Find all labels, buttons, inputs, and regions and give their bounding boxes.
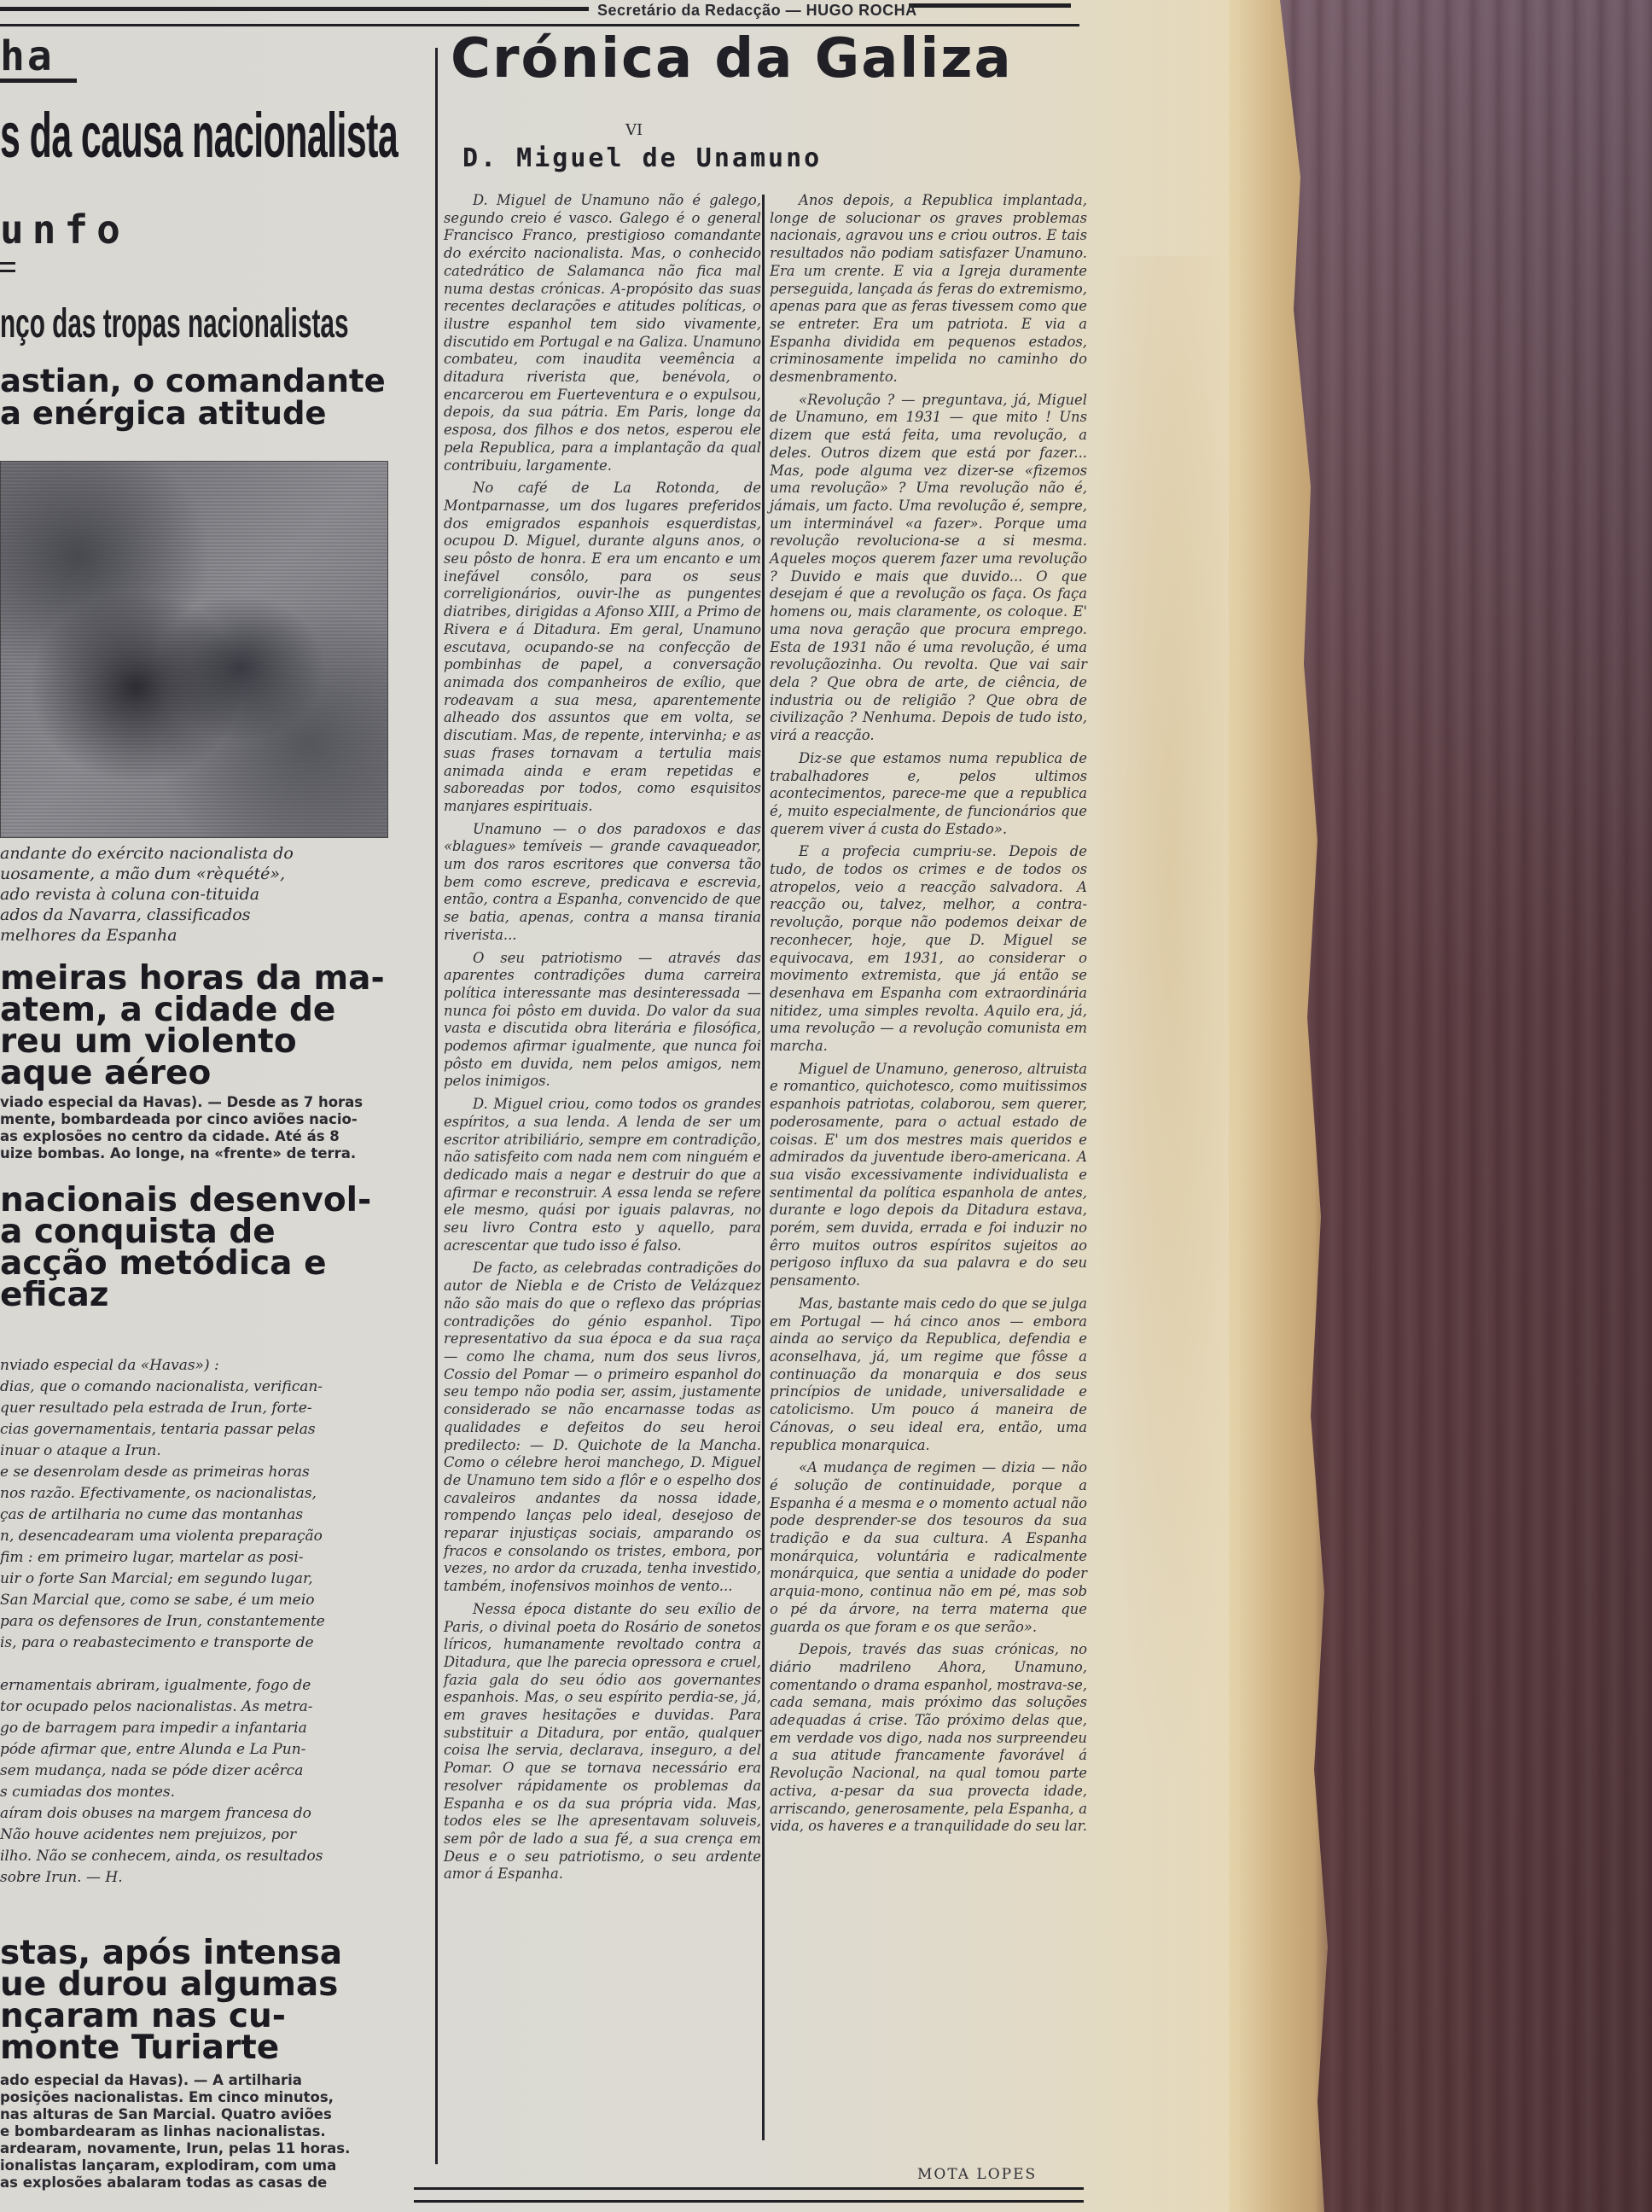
news-photo-commander — [0, 461, 388, 838]
masthead-rule-right — [909, 3, 1071, 8]
article-paragraph: O seu patriotismo — através das aparente… — [444, 950, 761, 1091]
masthead-rule-left — [0, 7, 589, 11]
story-line: fim : em primeiro lugar, martelar as pos… — [0, 1547, 325, 1569]
article-part-number: VI — [625, 121, 643, 139]
story-line: ilho. Não se conhecem, ainda, os resulta… — [0, 1846, 325, 1867]
section-kicker: ha — [0, 32, 55, 80]
story-line: nas alturas de San Marcial. Quatro aviõe… — [0, 2106, 350, 2123]
article-paragraph: «A mudança de regimen — dizia — não é so… — [770, 1459, 1087, 1636]
article-paragraph: «Revolução ? — preguntava, já, Miguel de… — [770, 392, 1087, 745]
article-paragraph: D. Miguel criou, como todos os grandes e… — [444, 1096, 761, 1254]
story-line: posições nacionalistas. Em cinco minutos… — [0, 2089, 350, 2106]
story-monte-turiarte-lead: ado especial da Havas). — A artilharia p… — [0, 2072, 350, 2192]
story-line: ado especial da Havas). — A artilharia — [0, 2072, 350, 2089]
article-paragraph: No café de La Rotonda, de Montparnasse, … — [444, 480, 761, 815]
bottom-rule-2 — [414, 2200, 1084, 2203]
story-line: ardearam, novamente, Irun, pelas 11 hora… — [0, 2140, 350, 2157]
story-line: San Marcial que, como se sabe, é um meio — [0, 1590, 325, 1611]
article-paragraph: Anos depois, a Republica implantada, lon… — [770, 192, 1087, 387]
story-line: quer resultado pela estrada de Irun, for… — [0, 1398, 325, 1419]
article-title: Crónica da Galiza — [451, 27, 1013, 90]
story-line: ças de artilharia no cume das montanhas — [0, 1505, 325, 1526]
story-air-attack-lead: viado especial da Havas). — Desde as 7 h… — [0, 1094, 363, 1162]
story-line: cias governamentais, tentaria passar pel… — [0, 1419, 325, 1441]
headline-triunfo: unfo — [0, 207, 129, 253]
story-line: Não houve acidentes nem prejuizos, por — [0, 1825, 325, 1846]
story-line: ionalistas lançaram, explodiram, com uma — [0, 2157, 350, 2174]
story-line: uir o forte San Marcial; em segundo luga… — [0, 1569, 325, 1590]
story-line: n, desencadearam uma violenta preparação — [0, 1526, 325, 1547]
column-divider-middle — [762, 195, 765, 2140]
short-rule — [0, 270, 15, 272]
bottom-rule-1 — [414, 2187, 1084, 2190]
headline-san-sebastian: astian, o comandante a enérgica atitude — [0, 365, 386, 430]
story-line: go de barragem para impedir a infantaria — [0, 1718, 325, 1739]
article-paragraph: Nessa época distante do seu exílio de Pa… — [444, 1601, 761, 1883]
story-line: e se desenrolam desde as primeiras horas — [0, 1462, 325, 1483]
story-line: is, para o reabastecimento e transporte … — [0, 1633, 325, 1654]
editor-line: Secretário da Redacção — HUGO ROCHA — [597, 2, 917, 20]
article-column-2: Anos depois, a Republica implantada, lon… — [770, 192, 1087, 1841]
story-line: nos razão. Efectivamente, os nacionalist… — [0, 1483, 325, 1505]
article-paragraph: De facto, as celebradas contradições do … — [444, 1260, 761, 1595]
short-rule — [0, 262, 15, 265]
subhead-troop-advance: nço das tropas nacionalistas — [0, 300, 349, 347]
article-paragraph: E a profecia cumpriu-se. Depois de tudo,… — [770, 843, 1087, 1055]
paper-stain — [1092, 256, 1246, 1792]
headline-nationalist-cause: s da causa nacionalista — [0, 99, 398, 172]
story-line: s cumiadas dos montes. — [0, 1782, 325, 1803]
story-line: e bombardearam as linhas nacionalistas. — [0, 2123, 350, 2140]
article-paragraph: Unamuno — o dos paradoxos e das «blagues… — [444, 821, 761, 945]
story-line: as explosões abalaram todas as casas de — [0, 2174, 350, 2192]
headline-monte-turiarte: stas, após intensa ue durou algumas nçar… — [0, 1937, 342, 2064]
story-line — [0, 1654, 325, 1675]
article-column-1: D. Miguel de Unamuno não é galego, segun… — [444, 192, 761, 1889]
story-line: ernamentais abriram, igualmente, fogo de — [0, 1675, 325, 1697]
article-paragraph: Miguel de Unamuno, generoso, altruista e… — [770, 1061, 1087, 1290]
article-paragraph: Diz-se que estamos numa republica de tra… — [770, 750, 1087, 839]
article-paragraph: Depois, través das suas crónicas, no diá… — [770, 1641, 1087, 1836]
kicker-underline — [0, 79, 77, 83]
photo-caption: andante do exército nacionalista do uosa… — [0, 843, 294, 946]
article-paragraph: Mas, bastante mais cedo do que se julga … — [770, 1295, 1087, 1454]
story-line: para os defensores de Irun, constantemen… — [0, 1611, 325, 1633]
column-divider-left — [435, 48, 438, 2164]
article-signature: MOTA LOPES — [917, 2166, 1037, 2183]
story-line: aíram dois obuses na margem francesa do — [0, 1803, 325, 1825]
left-news-column: ha s da causa nacionalista unfo nço das … — [0, 26, 431, 2210]
story-line: póde afirmar que, entre Alunda e La Pun- — [0, 1739, 325, 1761]
headline-air-attack: meiras horas da ma- atem, a cidade de re… — [0, 963, 385, 1089]
headline-methodical-action: nacionais desenvol- a conquista de acção… — [0, 1185, 371, 1311]
newspaper-page: Secretário da Redacção — HUGO ROCHA ha s… — [0, 0, 1229, 2212]
story-line: dias, que o comando nacionalista, verifi… — [0, 1377, 325, 1398]
story-line: tor ocupado pelos nacionalistas. As metr… — [0, 1697, 325, 1718]
story-line: inuar o ataque a Irun. — [0, 1441, 325, 1462]
article-paragraph: D. Miguel de Unamuno não é galego, segun… — [444, 192, 761, 474]
story-line: sobre Irun. — H. — [0, 1867, 325, 1889]
story-methodical-action-body: nviado especial da «Havas») :dias, que o… — [0, 1355, 325, 1889]
story-line: nviado especial da «Havas») : — [0, 1355, 325, 1377]
story-line: sem mudança, nada se póde dizer acêrca — [0, 1761, 325, 1782]
article-subtitle: D. Miguel de Unamuno — [462, 143, 822, 173]
